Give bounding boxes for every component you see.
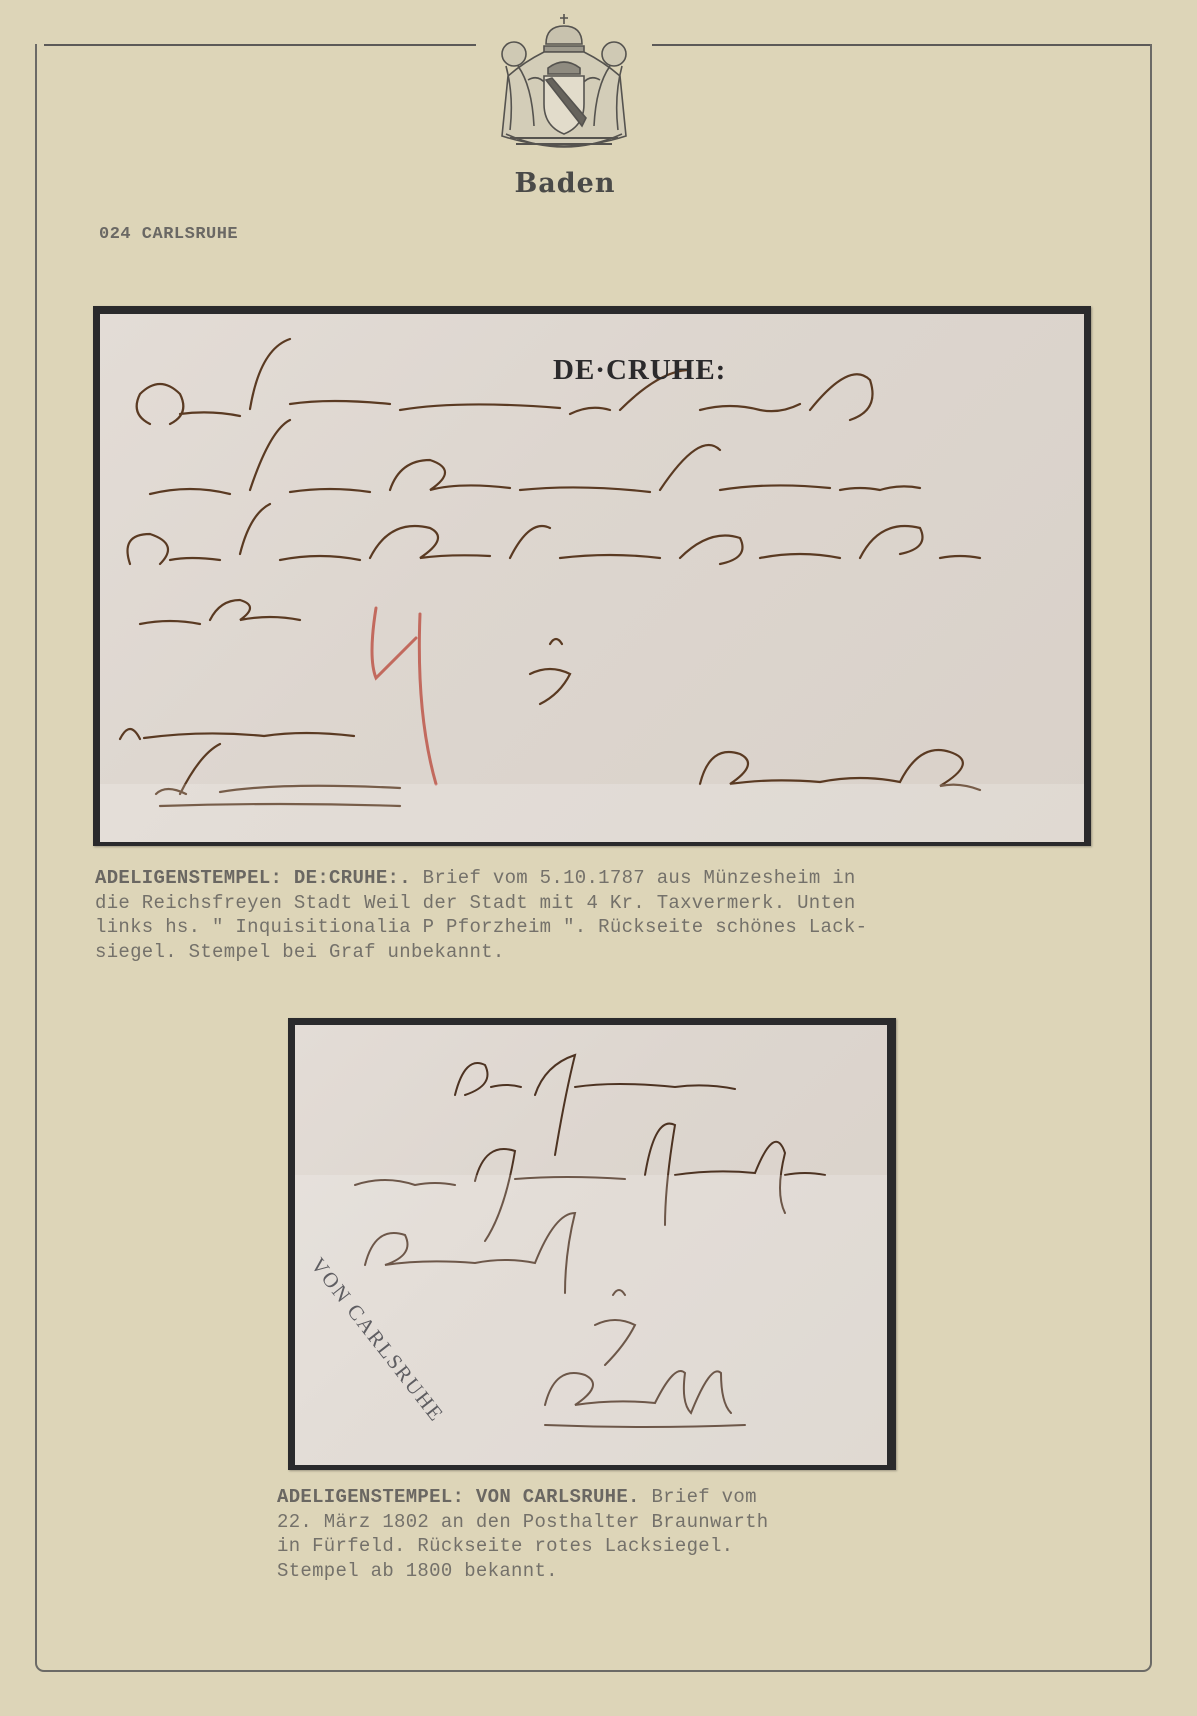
handwriting-1 [100,314,1084,842]
caption-1-line-4: siegel. Stempel bei Graf unbekannt. [95,941,505,963]
caption-2-lead: ADELIGENSTEMPEL: VON CARLSRUHE. [277,1486,640,1508]
page-heading: 024 CARLSRUHE [99,225,238,244]
region-title: Baden [465,168,665,199]
postmark-de-cruhe: DE·CRUHE: [553,354,726,387]
caption-1-line-2: die Reichsfreyen Stadt Weil der Stadt mi… [95,892,856,914]
baden-coat-of-arms-icon [488,10,640,158]
caption-letter-2: ADELIGENSTEMPEL: VON CARLSRUHE. Brief vo… [277,1485,768,1583]
letter-cover-1[interactable]: DE·CRUHE: [100,314,1084,842]
frame-top-line-left [44,44,476,46]
caption-1-line-1: Brief vom 5.10.1787 aus Münzesheim in [411,867,856,889]
protective-sleeve [295,1175,887,1465]
frame-top-line-right [652,44,1150,46]
caption-2-line-3: in Fürfeld. Rückseite rotes Lacksiegel. [277,1535,733,1557]
caption-2-line-1: Brief vom [640,1486,757,1508]
caption-1-line-3: links hs. " Inquisitionalia P Pforzheim … [95,916,867,938]
caption-2-line-4: Stempel ab 1800 bekannt. [277,1560,558,1582]
caption-2-line-2: 22. März 1802 an den Posthalter Braunwar… [277,1511,768,1533]
caption-1-lead: ADELIGENSTEMPEL: DE:CRUHE:. [95,867,411,889]
caption-letter-1: ADELIGENSTEMPEL: DE:CRUHE:. Brief vom 5.… [95,866,867,964]
letter-cover-2[interactable]: VON CARLSRUHE [295,1025,887,1465]
protective-sleeve [100,784,1084,842]
